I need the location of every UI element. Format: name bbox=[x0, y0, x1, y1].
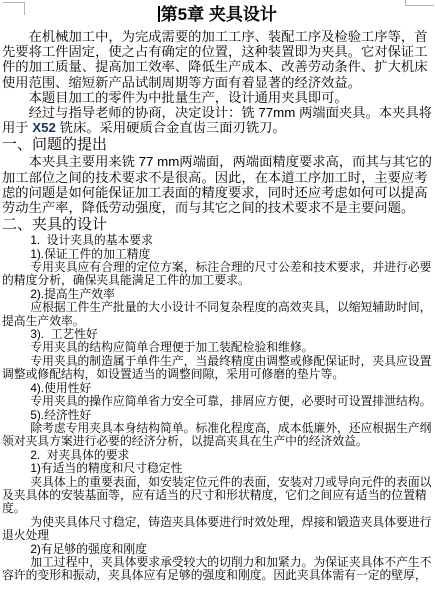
paragraph-accuracy: 专用夹具应有合理的定位方案，标注合理的尺寸公差和技术要求，并进行必要的精度分析，… bbox=[2, 261, 433, 288]
paragraph-efficiency: 应根据工件生产批量的大小设计不同复杂程度的高效夹具，以缩短辅助时间，提高生产效率… bbox=[2, 301, 433, 328]
text-boundary-mark-right bbox=[405, 0, 434, 6]
section-heading-2: 二、夹具的设计 bbox=[2, 216, 433, 234]
subheading-basic-requirements: 1. 设计夹具的基本要求 bbox=[2, 234, 433, 247]
section-heading-1: 一、问题的提出 bbox=[2, 136, 433, 154]
paragraph-strength-rigidity: 加工过程中，夹具体要求承受较大的切削力和加紧力。为保证夹具体不产生不容许的变形和… bbox=[2, 556, 433, 583]
subheading-manufacturability: 3). 工艺性好 bbox=[2, 328, 433, 341]
paragraph-dimensional-stability-1: 夹具体上的重要表面，如安装定位元件的表面，安装对刀或导向元件的表面以及夹具体的安… bbox=[2, 476, 433, 516]
machine-model-number: X52 bbox=[32, 120, 56, 135]
paragraph-decision: 经过与指导老师的协商，决定设计：铣 77mm 两端面夹具。本夹具将用于 X52 … bbox=[2, 105, 433, 135]
document-body[interactable]: 在机械加工中，为完成需要的加工工序、装配工序及检验工序等，首先要将工件固定，使之… bbox=[0, 29, 435, 583]
paragraph-dimensional-stability-2: 为使夹具体尺寸稳定，铸造夹具体要进行时效处理，焊接和锻造夹具体要进行退火处理 bbox=[2, 516, 433, 543]
paragraph-economy: 除考虑专用夹具本身结构简单。标准化程度高，成本低廉外，还应根据生产纲领对夹具方案… bbox=[2, 422, 433, 449]
text-boundary-mark-left bbox=[3, 2, 25, 15]
chapter-title-text: 第5章 夹具设计 bbox=[161, 5, 277, 24]
paragraph-manufacturability-2: 专用夹具的制造属于单件生产，当最终精度由调整或修配保证时，夹具应设置调整或修配结… bbox=[2, 355, 433, 382]
paragraph-intro: 在机械加工中，为完成需要的加工工序、装配工序及检验工序等，首先要将工件固定，使之… bbox=[2, 29, 433, 90]
text-cursor-caret bbox=[158, 6, 160, 22]
paragraph-problem: 本夹具主要用来铣 77 mm两端面，两端面精度要求高，而其与其它的加工部位之间的… bbox=[2, 154, 433, 215]
subheading-accuracy: 1).保证工件的加工精度 bbox=[2, 248, 433, 261]
paragraph-manufacturability-1: 专用夹具的结构应简单合理便于加工装配检验和维修。 bbox=[2, 341, 433, 354]
subheading-strength-rigidity: 2)有足够的强度和刚度 bbox=[2, 543, 433, 556]
subheading-dimensional-stability: 1)有适当的精度和尺寸稳定性 bbox=[2, 462, 433, 475]
paragraph-usability: 专用夹具的操作应简单省力安全可靠，排屑应方便，必要时可设置排泄结构。 bbox=[2, 395, 433, 408]
document-page: 第5章 夹具设计 在机械加工中，为完成需要的加工工序、装配工序及检验工序等，首先… bbox=[0, 0, 435, 595]
paragraph-batch: 本题目加工的零件为中批量生产，设计通用夹具即可。 bbox=[2, 90, 433, 105]
subheading-efficiency: 2).提高生产效率 bbox=[2, 288, 433, 301]
subheading-usability: 4).使用性好 bbox=[2, 382, 433, 395]
subheading-economy: 5).经济性好 bbox=[2, 409, 433, 422]
subheading-fixture-body-requirements: 2. 对夹具体的要求 bbox=[2, 449, 433, 462]
chapter-title: 第5章 夹具设计 bbox=[0, 5, 435, 25]
